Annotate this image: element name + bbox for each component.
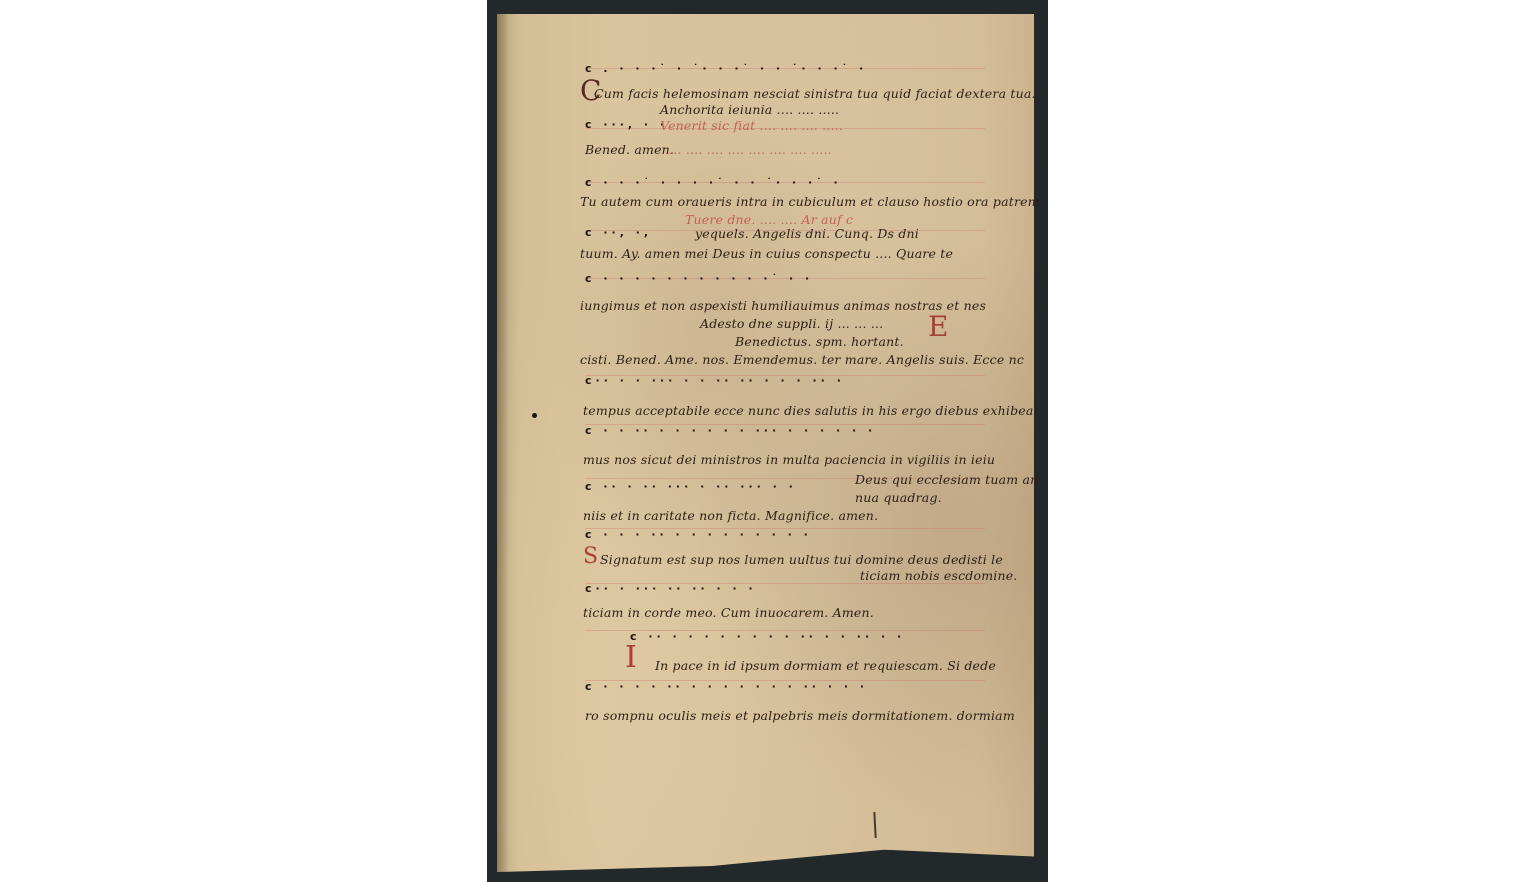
- neume-row: c ···, · ·: [585, 118, 668, 131]
- neume-row: c · · · · ·· · · · · · · · ·· · · ·: [585, 680, 868, 693]
- rubric-line: Venerit sic fiat .... .... .... .....: [660, 118, 843, 133]
- text-line: Cum facis helemosinam nesciat sinistra t…: [594, 86, 1036, 101]
- initial-e: E: [928, 310, 948, 343]
- initial-s: S: [583, 544, 598, 569]
- text-line: iungimus et non aspexisti humiliauimus a…: [580, 298, 986, 313]
- neume-row: c · · ·· · · · · · · ··· · · · · · ·: [585, 424, 876, 437]
- text-line: Adesto dne suppli. ij ... ... ...: [700, 316, 883, 331]
- neume-row: c · · · ·· · · · · · · · · ·: [585, 528, 812, 541]
- text-line: niis et in caritate non ficta. Magnifice…: [583, 508, 878, 523]
- text-line: ticiam in corde meo. Cum inuocarem. Amen…: [583, 605, 874, 620]
- neume-row: c ··, ·,: [585, 226, 652, 239]
- neume-row: c · · ·˙ · · · ·˙ · · ˙· · ·˙ ·: [585, 176, 842, 189]
- neume-row: c·· · · ··· · · ·· ·· · · · ·· ·: [585, 374, 845, 387]
- text-line: Anchorita ieiunia .... .... .....: [660, 102, 839, 117]
- text-line: ticiam nobis escdomine.: [860, 568, 1017, 583]
- text-line: cisti. Bened. Ame. nos. Emendemus. ter m…: [580, 352, 1024, 367]
- text-line: Deus qui ecclesiam tuam an: [855, 472, 1038, 487]
- rubric-line: Tuere dne. .... .... Ar auf c: [685, 212, 853, 227]
- initial-i: I: [625, 640, 637, 675]
- text-line: Signatum est sup nos lumen uultus tui do…: [600, 552, 1003, 567]
- text-line: nua quadrag.: [855, 490, 942, 505]
- text-line: tuum. Ay. amen mei Deus in cuius conspec…: [580, 246, 953, 261]
- neume-row: c · · · · · · · · · · ·˙ · ·: [585, 272, 813, 285]
- neume-row: c ·· · · · · · · · · ·· · · ·· · ·: [630, 630, 905, 643]
- neume-row: c·· · ··· ·· ·· · · ·: [585, 582, 757, 595]
- text-line: tempus acceptabile ecce nunc dies saluti…: [583, 403, 1034, 418]
- manuscript-text: C c . · · ·˙ · ˙· · ·˙ · · ˙· · ·˙ · Cum…: [0, 0, 1536, 882]
- rubric-line: .... .... .... .... .... .... .... .....: [665, 142, 832, 157]
- text-line: Benedictus. spm. hortant.: [735, 334, 904, 349]
- text-line: In pace in id ipsum dormiam et requiesca…: [655, 658, 996, 673]
- neume-row: c . · · ·˙ · ˙· · ·˙ · · ˙· · ·˙ ·: [585, 62, 867, 75]
- text-line: ro sompnu oculis meis et palpebris meis …: [585, 708, 1015, 723]
- text-line: yequels. Angelis dni. Cunq. Ds dni: [695, 226, 919, 241]
- text-line: Bened. amen.: [585, 142, 674, 157]
- text-line: Tu autem cum oraueris intra in cubiculum…: [580, 194, 1040, 209]
- text-line: mus nos sicut dei ministros in multa pac…: [583, 452, 995, 467]
- neume-row: c ·· · ·· ··· · ·· ··· · ·: [585, 480, 797, 493]
